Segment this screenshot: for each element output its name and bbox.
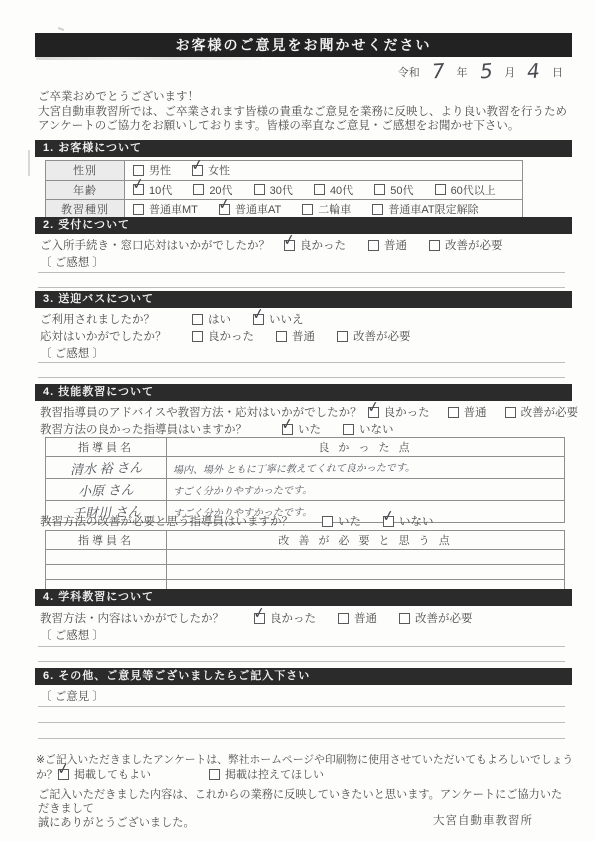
checkbox-good-instructor-yes[interactable]: [282, 424, 293, 435]
page-title: お客様のご意見をお聞かせください: [35, 33, 572, 57]
bus-used-question: ご利用されましたか？: [40, 311, 178, 327]
reception-question: ご入所手続き・窓口応対はいかがでしたか？: [40, 237, 270, 253]
academic-comment-label: 〔 ご感想 〕: [40, 627, 104, 643]
handwritten-instructor-name: 小原 さん: [78, 479, 134, 500]
date-month-handwritten: 5: [473, 61, 499, 81]
school-signature: 大宮自動車教習所: [433, 812, 533, 828]
handwritten-good-point: すごく分かりやすかったです。: [173, 481, 312, 497]
bus-service-question-row: 応対はいかがでしたか？ 良かった 普通 改善が必要: [40, 328, 433, 344]
option-academic-improve[interactable]: 改善が必要: [399, 610, 473, 626]
option-car-mt[interactable]: 普通車MT: [133, 201, 198, 217]
skill-good-instructor-question-row: 教習方法の良かった指導員はいますか？ いた いない: [40, 421, 416, 437]
checkbox-at-limit-release[interactable]: [372, 204, 383, 215]
section-academic-header: 4. 学科教習について: [35, 589, 572, 606]
date-era: 令和: [398, 64, 420, 80]
handwritten-instructor-name: 清水 裕 さん: [70, 457, 143, 479]
intro-text: ご卒業おめでとうございます！ 大宮自動車教習所では、ご卒業されます皆様の貴重なご…: [38, 90, 572, 134]
publish-options-row: 掲載してもよい 掲載は控えてほしい: [58, 766, 382, 782]
col-header-good-points: 良 か っ た 点: [167, 438, 565, 457]
checkbox-publish-decline[interactable]: [209, 769, 220, 780]
date-day-label: 日: [552, 64, 563, 80]
other-comment-line: [38, 706, 565, 707]
table-row: 小原 さん すごく分かりやすかったです。: [46, 479, 565, 501]
academic-comment-line: [38, 661, 565, 662]
checkbox-improve-instructor-yes[interactable]: [322, 516, 333, 527]
bus-used-question-row: ご利用されましたか？ はい いいえ: [40, 311, 326, 327]
option-bus-good[interactable]: 良かった: [192, 328, 254, 344]
improve-instructor-table: 指導員名 改 善 が 必 要 と 思 う 点: [45, 530, 565, 595]
table-header-row: 指導員名 良 か っ た 点: [46, 438, 565, 457]
option-reception-normal[interactable]: 普通: [368, 237, 407, 253]
checkbox-bus-no[interactable]: [253, 314, 264, 325]
checkbox-reception-normal[interactable]: [368, 240, 379, 251]
option-skill-normal[interactable]: 普通: [448, 404, 487, 420]
intro-line-3: アンケートのご協力をお願いしております。皆様の率直なご意見・ご感想をお聞かせ下さ…: [38, 119, 572, 134]
option-age-10s[interactable]: 10代: [133, 182, 172, 198]
checkbox-skill-normal[interactable]: [448, 407, 459, 418]
checkbox-age-40s[interactable]: [314, 184, 325, 195]
checkbox-skill-improve[interactable]: [505, 407, 516, 418]
checkbox-academic-good[interactable]: [254, 613, 265, 624]
intro-line-1: ご卒業おめでとうございます！: [38, 90, 572, 105]
other-comment-label: 〔 ご意見 〕: [40, 688, 104, 704]
option-academic-normal[interactable]: 普通: [338, 610, 377, 626]
checkbox-reception-good[interactable]: [284, 240, 295, 251]
option-bus-normal[interactable]: 普通: [276, 328, 315, 344]
table-header-row: 指導員名 改 善 が 必 要 と 思 う 点: [46, 531, 565, 550]
col-header-improve-points: 改 善 が 必 要 と 思 う 点: [167, 531, 565, 550]
option-female[interactable]: 女性: [192, 162, 230, 178]
scan-smudge: [36, 57, 261, 60]
section-customer-header: 1. お客様について: [35, 140, 572, 157]
table-row: 性別 男性 女性: [46, 161, 523, 181]
option-age-60plus[interactable]: 60代以上: [435, 182, 496, 198]
skill-good-instructor-question: 教習方法の良かった指導員はいますか？: [40, 421, 268, 437]
option-bus-yes[interactable]: はい: [192, 311, 231, 327]
option-improve-instructor-yes[interactable]: いた: [322, 513, 361, 529]
option-skill-improve[interactable]: 改善が必要: [505, 404, 579, 420]
checkbox-motorcycle[interactable]: [302, 204, 313, 215]
bus-comment-line: [38, 377, 565, 378]
row-label-age: 年齢: [46, 180, 125, 200]
table-row: 清水 裕 さん 場内、場外 ともに丁寧に教えてくれて良かったです。: [46, 457, 565, 479]
scan-speck: [58, 27, 64, 31]
checkbox-skill-good[interactable]: [368, 407, 379, 418]
checkbox-publish-ok[interactable]: [58, 769, 69, 780]
col-header-instructor-name: 指導員名: [46, 438, 167, 457]
checkbox-car-at[interactable]: [219, 204, 230, 215]
date-year-handwritten: 7: [425, 61, 451, 81]
option-publish-ok[interactable]: 掲載してもよい: [58, 766, 151, 782]
section-reception-header: 2. 受付について: [35, 217, 572, 234]
checkbox-academic-normal[interactable]: [338, 613, 349, 624]
table-row: [46, 550, 565, 565]
intro-line-2: 大宮自動車教習所では、ご卒業されます皆様の貴重なご意見を業務に反映し、より良い教…: [38, 105, 572, 120]
section-other-header: 6. その他、ご意見等ございましたらご記入下さい: [35, 668, 572, 685]
checkbox-good-instructor-no[interactable]: [343, 424, 354, 435]
option-improve-instructor-no[interactable]: いない: [383, 513, 434, 529]
good-instructor-table: 指導員名 良 か っ た 点 清水 裕 さん 場内、場外 ともに丁寧に教えてくれ…: [45, 437, 565, 523]
bus-service-question: 応対はいかがでしたか？: [40, 328, 178, 344]
checkbox-car-mt[interactable]: [133, 204, 144, 215]
academic-question: 教習方法・内容はいかがでしたか？: [40, 610, 240, 626]
option-age-30s[interactable]: 30代: [254, 182, 293, 198]
option-good-instructor-no[interactable]: いない: [343, 421, 394, 437]
checkbox-age-30s[interactable]: [254, 184, 265, 195]
table-row: 年齢 10代 20代 30代 40代 50代 60代以上: [46, 180, 523, 200]
table-row: [46, 565, 565, 580]
skill-improve-instructor-question-row: 教習方法の改善が必要と思う指導員はいますか？ いた いない: [40, 513, 456, 529]
academic-question-row: 教習方法・内容はいかがでしたか？ 良かった 普通 改善が必要: [40, 610, 495, 626]
customer-info-table: 性別 男性 女性 年齢 10代 20代 30代 40代 50代 60代以上 教習…: [45, 160, 523, 220]
option-bus-no[interactable]: いいえ: [253, 311, 304, 327]
bus-comment-line: [38, 362, 565, 363]
option-at-limit-release[interactable]: 普通車AT限定解除: [372, 201, 478, 217]
handwritten-good-point: 場内、場外 ともに丁寧に教えてくれて良かったです。: [173, 459, 415, 477]
option-age-40s[interactable]: 40代: [314, 182, 353, 198]
checkbox-bus-yes[interactable]: [192, 314, 203, 325]
checkbox-bus-good[interactable]: [192, 331, 203, 342]
checkbox-age-50s[interactable]: [374, 184, 385, 195]
option-motorcycle[interactable]: 二輪車: [302, 201, 351, 217]
other-comment-line: [38, 738, 565, 739]
option-academic-good[interactable]: 良かった: [254, 610, 316, 626]
checkbox-academic-improve[interactable]: [399, 613, 410, 624]
col-header-instructor-name: 指導員名: [46, 531, 167, 550]
skill-improve-instructor-question: 教習方法の改善が必要と思う指導員はいますか？: [40, 513, 308, 529]
section-bus-header: 3. 送迎バスについて: [35, 291, 572, 308]
section-skill-header: 4. 技能教習について: [35, 384, 572, 401]
checkbox-bus-improve[interactable]: [337, 331, 348, 342]
option-bus-improve[interactable]: 改善が必要: [337, 328, 411, 344]
checkbox-female[interactable]: [192, 165, 203, 176]
checkbox-age-10s[interactable]: [133, 184, 144, 195]
skill-advice-question-row: 教習指導員のアドバイスや教習方法・応対はいかがでしたか？ 良かった 普通 改善が…: [40, 404, 595, 420]
date-day-handwritten: 4: [521, 61, 547, 81]
reception-question-row: ご入所手続き・窓口応対はいかがでしたか？ 良かった 普通 改善が必要: [40, 237, 525, 253]
other-comment-line: [38, 722, 565, 723]
scanned-questionnaire-page: お客様のご意見をお聞かせください 令和 7 年 5 月 4 日 ご卒業おめでとう…: [0, 0, 595, 841]
date-year-label: 年: [457, 64, 468, 80]
academic-comment-line: [38, 646, 565, 647]
checkbox-reception-improve[interactable]: [429, 240, 440, 251]
checkbox-age-20s[interactable]: [193, 184, 204, 195]
option-reception-improve[interactable]: 改善が必要: [429, 237, 503, 253]
option-skill-good[interactable]: 良かった: [368, 404, 430, 420]
reception-comment-line: [38, 287, 565, 288]
row-label-gender: 性別: [46, 161, 125, 181]
reception-comment-line: [38, 272, 565, 273]
option-good-instructor-yes[interactable]: いた: [282, 421, 321, 437]
option-reception-good[interactable]: 良かった: [284, 237, 346, 253]
reception-comment-label: 〔 ご感想 〕: [40, 254, 104, 270]
checkbox-bus-normal[interactable]: [276, 331, 287, 342]
checkbox-improve-instructor-no[interactable]: [383, 516, 394, 527]
bus-comment-label: 〔 ご感想 〕: [40, 345, 104, 361]
option-publish-decline[interactable]: 掲載は控えてほしい: [209, 766, 324, 782]
option-car-at[interactable]: 普通車AT: [219, 201, 281, 217]
checkbox-age-60plus[interactable]: [435, 184, 446, 195]
option-age-50s[interactable]: 50代: [374, 182, 413, 198]
date-line: 令和 7 年 5 月 4 日: [398, 62, 563, 80]
skill-advice-question: 教習指導員のアドバイスや教習方法・応対はいかがでしたか？: [40, 404, 362, 420]
scan-speck: [28, 150, 30, 176]
date-month-label: 月: [504, 64, 515, 80]
